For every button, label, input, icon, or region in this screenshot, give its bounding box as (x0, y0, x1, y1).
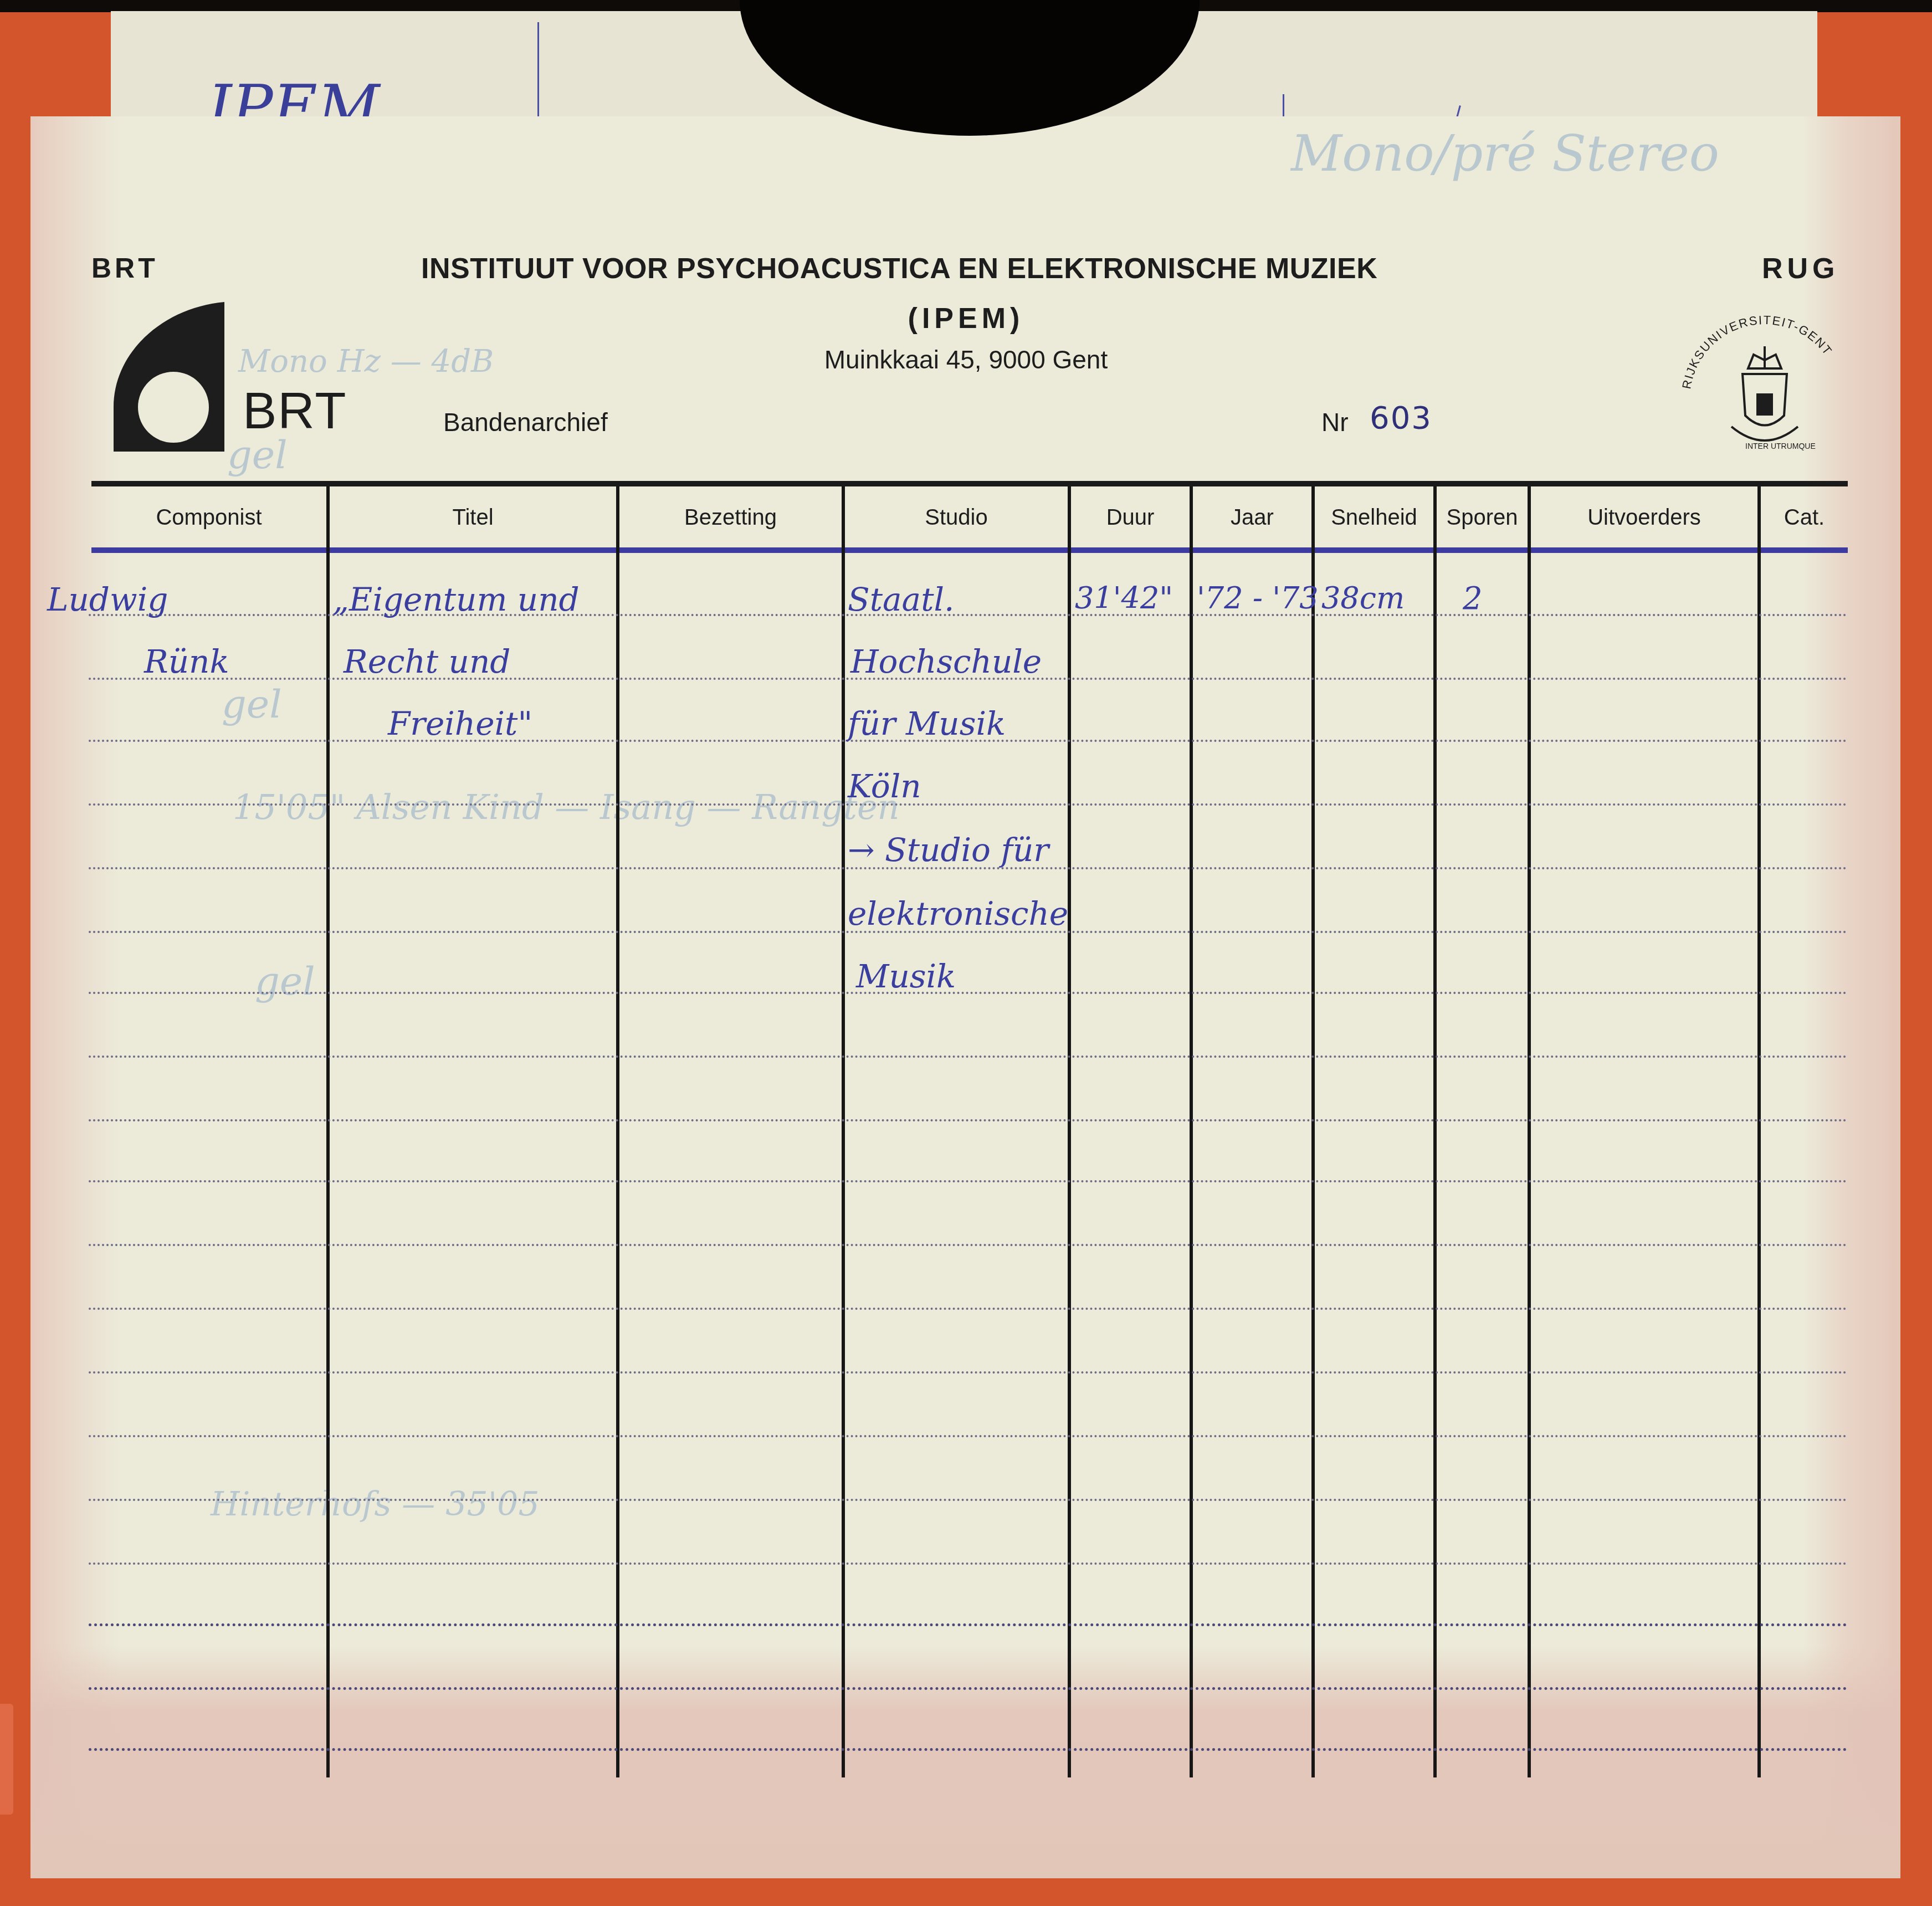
column-header-uitvoerders: Uitvoerders (1531, 505, 1757, 530)
row-line (89, 803, 1848, 806)
column-divider (1433, 486, 1437, 1777)
entry-snelheid: 38cm (1321, 581, 1405, 616)
university-seal-icon: RIJKSUNIVERSITEIT-GENT INTER UTRUMQUE (1679, 316, 1851, 471)
row-line (89, 1308, 1848, 1310)
entry-componist-line: Rünk (144, 643, 229, 680)
column-header-titel: Titel (330, 505, 616, 530)
entry-componist-line: Ludwig (47, 581, 168, 618)
row-line (89, 1748, 1848, 1751)
column-header-rule (91, 547, 1848, 553)
entry-titel-line: „Eigentum und (332, 581, 580, 618)
column-divider (616, 486, 619, 1777)
faint-handwriting: Hinterhofs — 35'05 (211, 1485, 540, 1524)
faint-handwriting: gel (255, 959, 315, 1004)
column-divider (1190, 486, 1193, 1777)
institute-title: INSTITUUT VOOR PSYCHOACUSTICA EN ELEKTRO… (421, 252, 1377, 285)
row-line (89, 1244, 1848, 1246)
entry-studio-line: Hochschule (850, 643, 1042, 680)
column-header-cat: Cat. (1761, 505, 1848, 530)
row-line (89, 992, 1848, 994)
svg-text:RIJKSUNIVERSITEIT-GENT: RIJKSUNIVERSITEIT-GENT (1679, 316, 1835, 390)
row-line (89, 1371, 1848, 1374)
row-line (89, 1435, 1848, 1437)
archive-label: Bandenarchief (443, 407, 608, 437)
column-header-studio: Studio (845, 505, 1068, 530)
header-rule (91, 481, 1848, 486)
column-header-sporen: Sporen (1437, 505, 1528, 530)
archive-number: 603 (1370, 400, 1432, 436)
brt-logo-text: BRT (243, 382, 347, 440)
column-divider (1757, 486, 1761, 1777)
institute-address: Muinkkaai 45, 9000 Gent (0, 345, 1932, 375)
column-divider (842, 486, 845, 1777)
column-divider (1528, 486, 1531, 1777)
row-line (89, 1623, 1848, 1626)
faint-handwriting: 15'05" Alsen Kind — Isang — Rangten (233, 787, 900, 827)
entry-studio-line: elektronische (848, 895, 1068, 932)
faint-handwriting: gel (222, 682, 282, 727)
entry-duur: 31'42" (1075, 581, 1173, 616)
column-divider (1311, 486, 1315, 1777)
brt-label: BRT (91, 252, 158, 284)
row-line (89, 1180, 1848, 1182)
entry-studio-line: Staatl. (848, 581, 955, 618)
row-line (89, 1119, 1848, 1121)
record-card: Mono/pré Stereo Mono Hz — 4dB gel gel 15… (0, 0, 1932, 1906)
institute-abbreviation: (IPEM) (0, 302, 1932, 335)
row-line (89, 1562, 1848, 1565)
brt-logo-icon (114, 302, 224, 452)
row-line (89, 1499, 1848, 1501)
column-header-componist: Componist (91, 505, 326, 530)
column-divider (1068, 486, 1071, 1777)
entry-studio-line: → Studio für (848, 831, 1049, 869)
rug-label: RUG (1762, 252, 1839, 285)
number-label: Nr (1321, 407, 1349, 437)
column-header-jaar: Jaar (1193, 505, 1311, 530)
entry-studio-line: Köln (848, 767, 921, 805)
sleeve-edge-tab (0, 1704, 13, 1815)
entry-sporen: 2 (1463, 581, 1483, 617)
column-divider (326, 486, 330, 1777)
entry-studio-line: Musik (856, 957, 956, 995)
row-line (89, 1056, 1848, 1058)
entry-titel-line: Recht und (344, 643, 510, 680)
entry-studio-line: für Musik (848, 705, 1006, 742)
column-header-bezetting: Bezetting (619, 505, 842, 530)
column-header-snelheid: Snelheid (1315, 505, 1433, 530)
faint-handwriting: Mono/pré Stereo (1291, 125, 1719, 183)
entry-titel-line: Freiheit" (388, 705, 532, 742)
column-header-duur: Duur (1071, 505, 1190, 530)
svg-text:INTER UTRUMQUE: INTER UTRUMQUE (1745, 442, 1816, 450)
row-line (89, 1687, 1848, 1690)
entry-jaar: '72 - '73 (1197, 581, 1319, 616)
